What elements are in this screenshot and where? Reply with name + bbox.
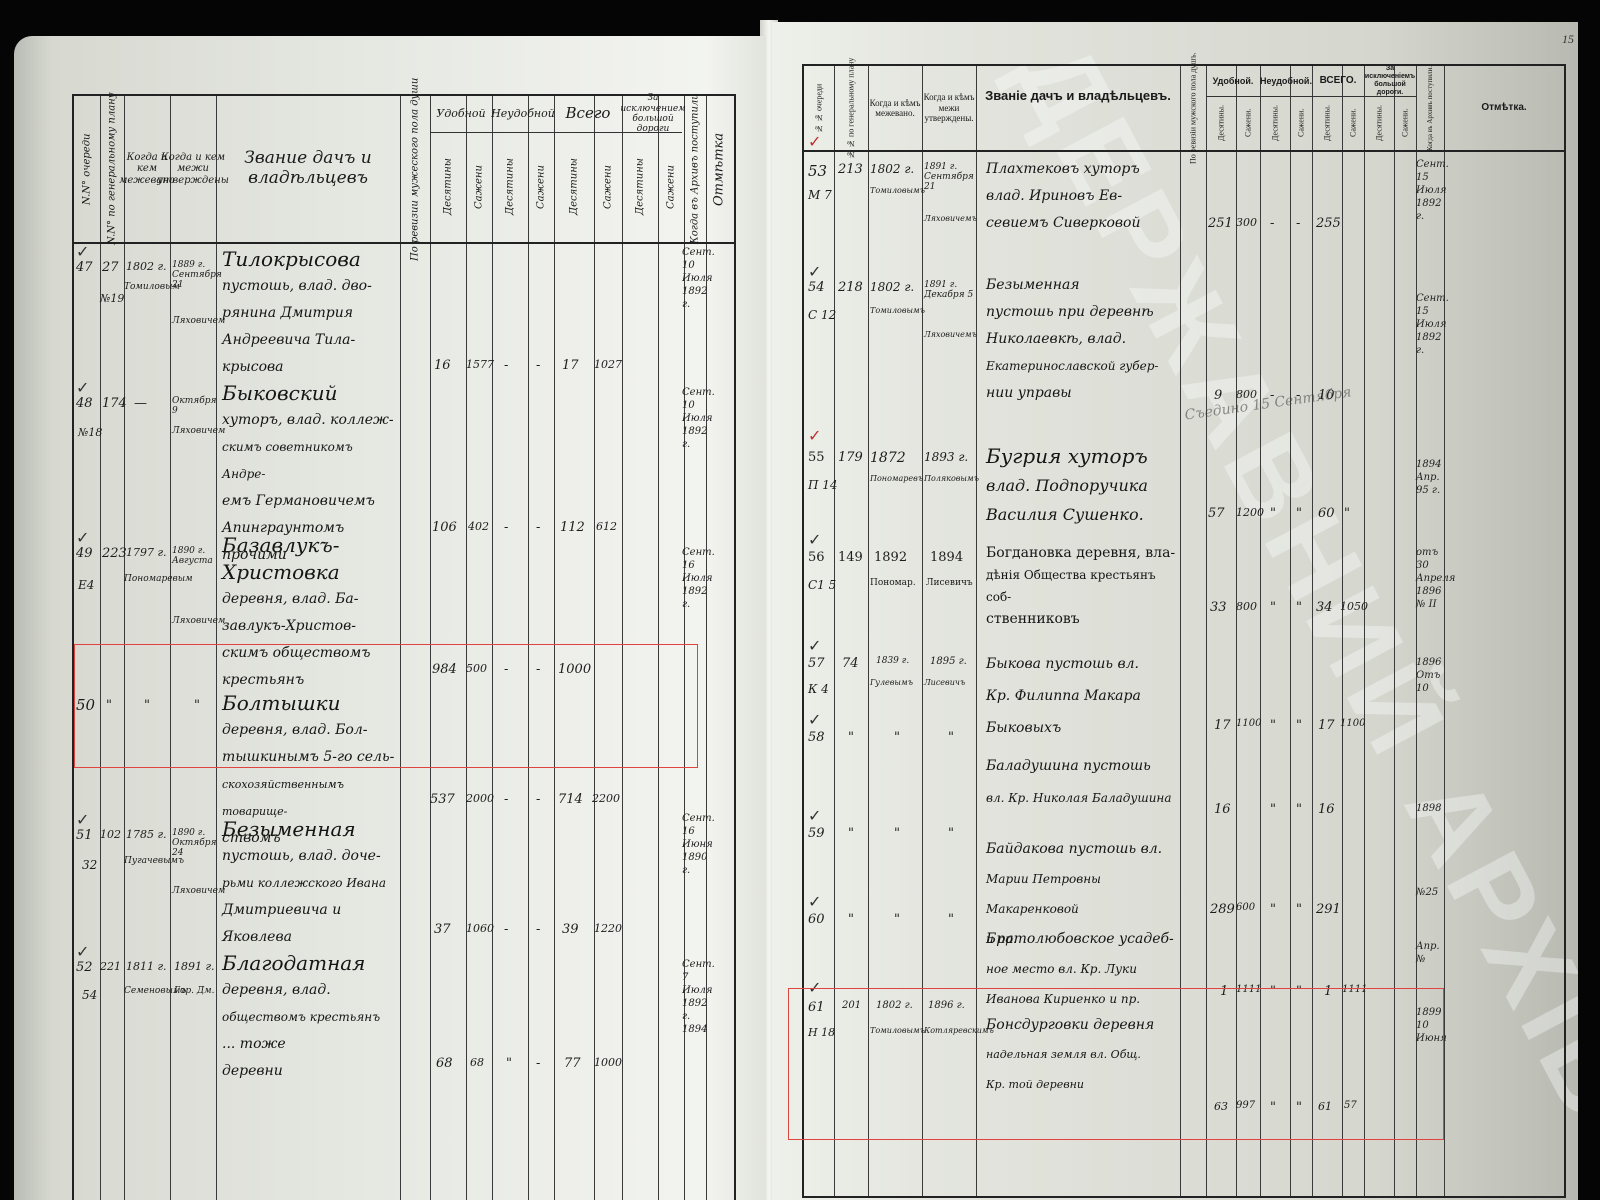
header-road-saz: Сажени [658,132,684,242]
header-when-surveyed: Когда и кѣмъ межевано. [868,66,922,150]
header-remark: Отмѣтка. [1444,66,1564,150]
header-road-des: Десятины [622,132,658,242]
header-total-des: Десятины [554,132,594,242]
header-unusable: Неудобной. [1260,66,1312,96]
owner-title: Бугрия хуторъ влад. Подпоручика Василия … [986,442,1180,529]
header-remark: Отмѣтка [706,96,734,242]
header-when-approved: Когда и кѣмъ межи утверждены. [922,66,976,150]
header-revision: По ревизіи мужского пола душъ. [1180,66,1206,150]
header-plan-no: № № по генеральному плану [834,66,868,150]
header-order-no: N.N° очереди [74,96,100,242]
header-unusable-saz: Сажени. [1290,96,1312,150]
header-total: ВСЕГО. [1312,66,1364,96]
header-when-approved: Когда и кем межи утверждены [170,96,216,242]
header-road-des: Десятины. [1364,96,1394,150]
header-usable: Удобной. [1206,66,1260,96]
header-unusable-saz: Сажени [528,132,554,242]
header-unusable-des: Десятины. [1260,96,1290,150]
header-archive-date: Когда въ Архивъ поступили [684,96,706,242]
header-total-saz: Сажени. [1342,96,1364,150]
header-usable-saz: Сажени [466,132,492,242]
header-title: Звание дачъ и владѣльцевъ [216,96,400,242]
highlight-box-row-61 [788,988,1444,1140]
header-revision: По ревизии мужеского пола души [400,96,430,242]
owner-title: Плахтековъ хуторъ влад. Ириновъ Ев- севи… [986,156,1180,237]
header-total: Всего [554,96,622,132]
owner-title: Безыменная пустошь при деревнѣ Николаевк… [986,272,1180,407]
header-excluding-road: За исключеніемъ большой дороги. [1364,66,1416,96]
header-archive-date: Когда въ Архивъ поступили. [1416,66,1444,150]
left-page: N.N° очереди N.N° по генеральному плану … [14,36,766,1200]
header-title: Званіе дачъ и владѣльцевъ. [976,66,1180,126]
header-unusable: Неудобной [492,96,554,132]
owner-title: Благодатная деревня, влад. обществомъ кр… [222,950,398,1085]
highlight-box-row-50 [74,644,698,768]
owner-title: Богдановка деревня, вла- дѣнія Общества … [986,542,1180,630]
header-usable: Удобной [430,96,492,132]
header-usable-saz: Сажени. [1236,96,1260,150]
header-excluding-road: За исключением большой дороги [622,96,684,132]
header-usable-des: Десятины. [1206,96,1236,150]
header-usable-des: Десятины [430,132,466,242]
page-number: 15 [1562,32,1574,47]
header-road-saz: Сажени. [1394,96,1416,150]
header-total-des: Десятины. [1312,96,1342,150]
right-page: ДЕРЖАВНИЙ АРХІВ 15 № № очереди № № по ге… [772,22,1578,1200]
owner-title: Баладушина пустошь вл. Кр. Николая Балад… [986,750,1180,814]
owner-title: Тилокрысова пустошь, влад. дво- рянина Д… [222,246,398,381]
owner-title: Безыменная пустошь, влад. доче- рьми кол… [222,816,398,951]
header-unusable-des: Десятины [492,132,528,242]
owner-title: Быкова пустошь вл. Кр. Филиппа Макара Бы… [986,648,1180,744]
header-total-saz: Сажени [594,132,622,242]
